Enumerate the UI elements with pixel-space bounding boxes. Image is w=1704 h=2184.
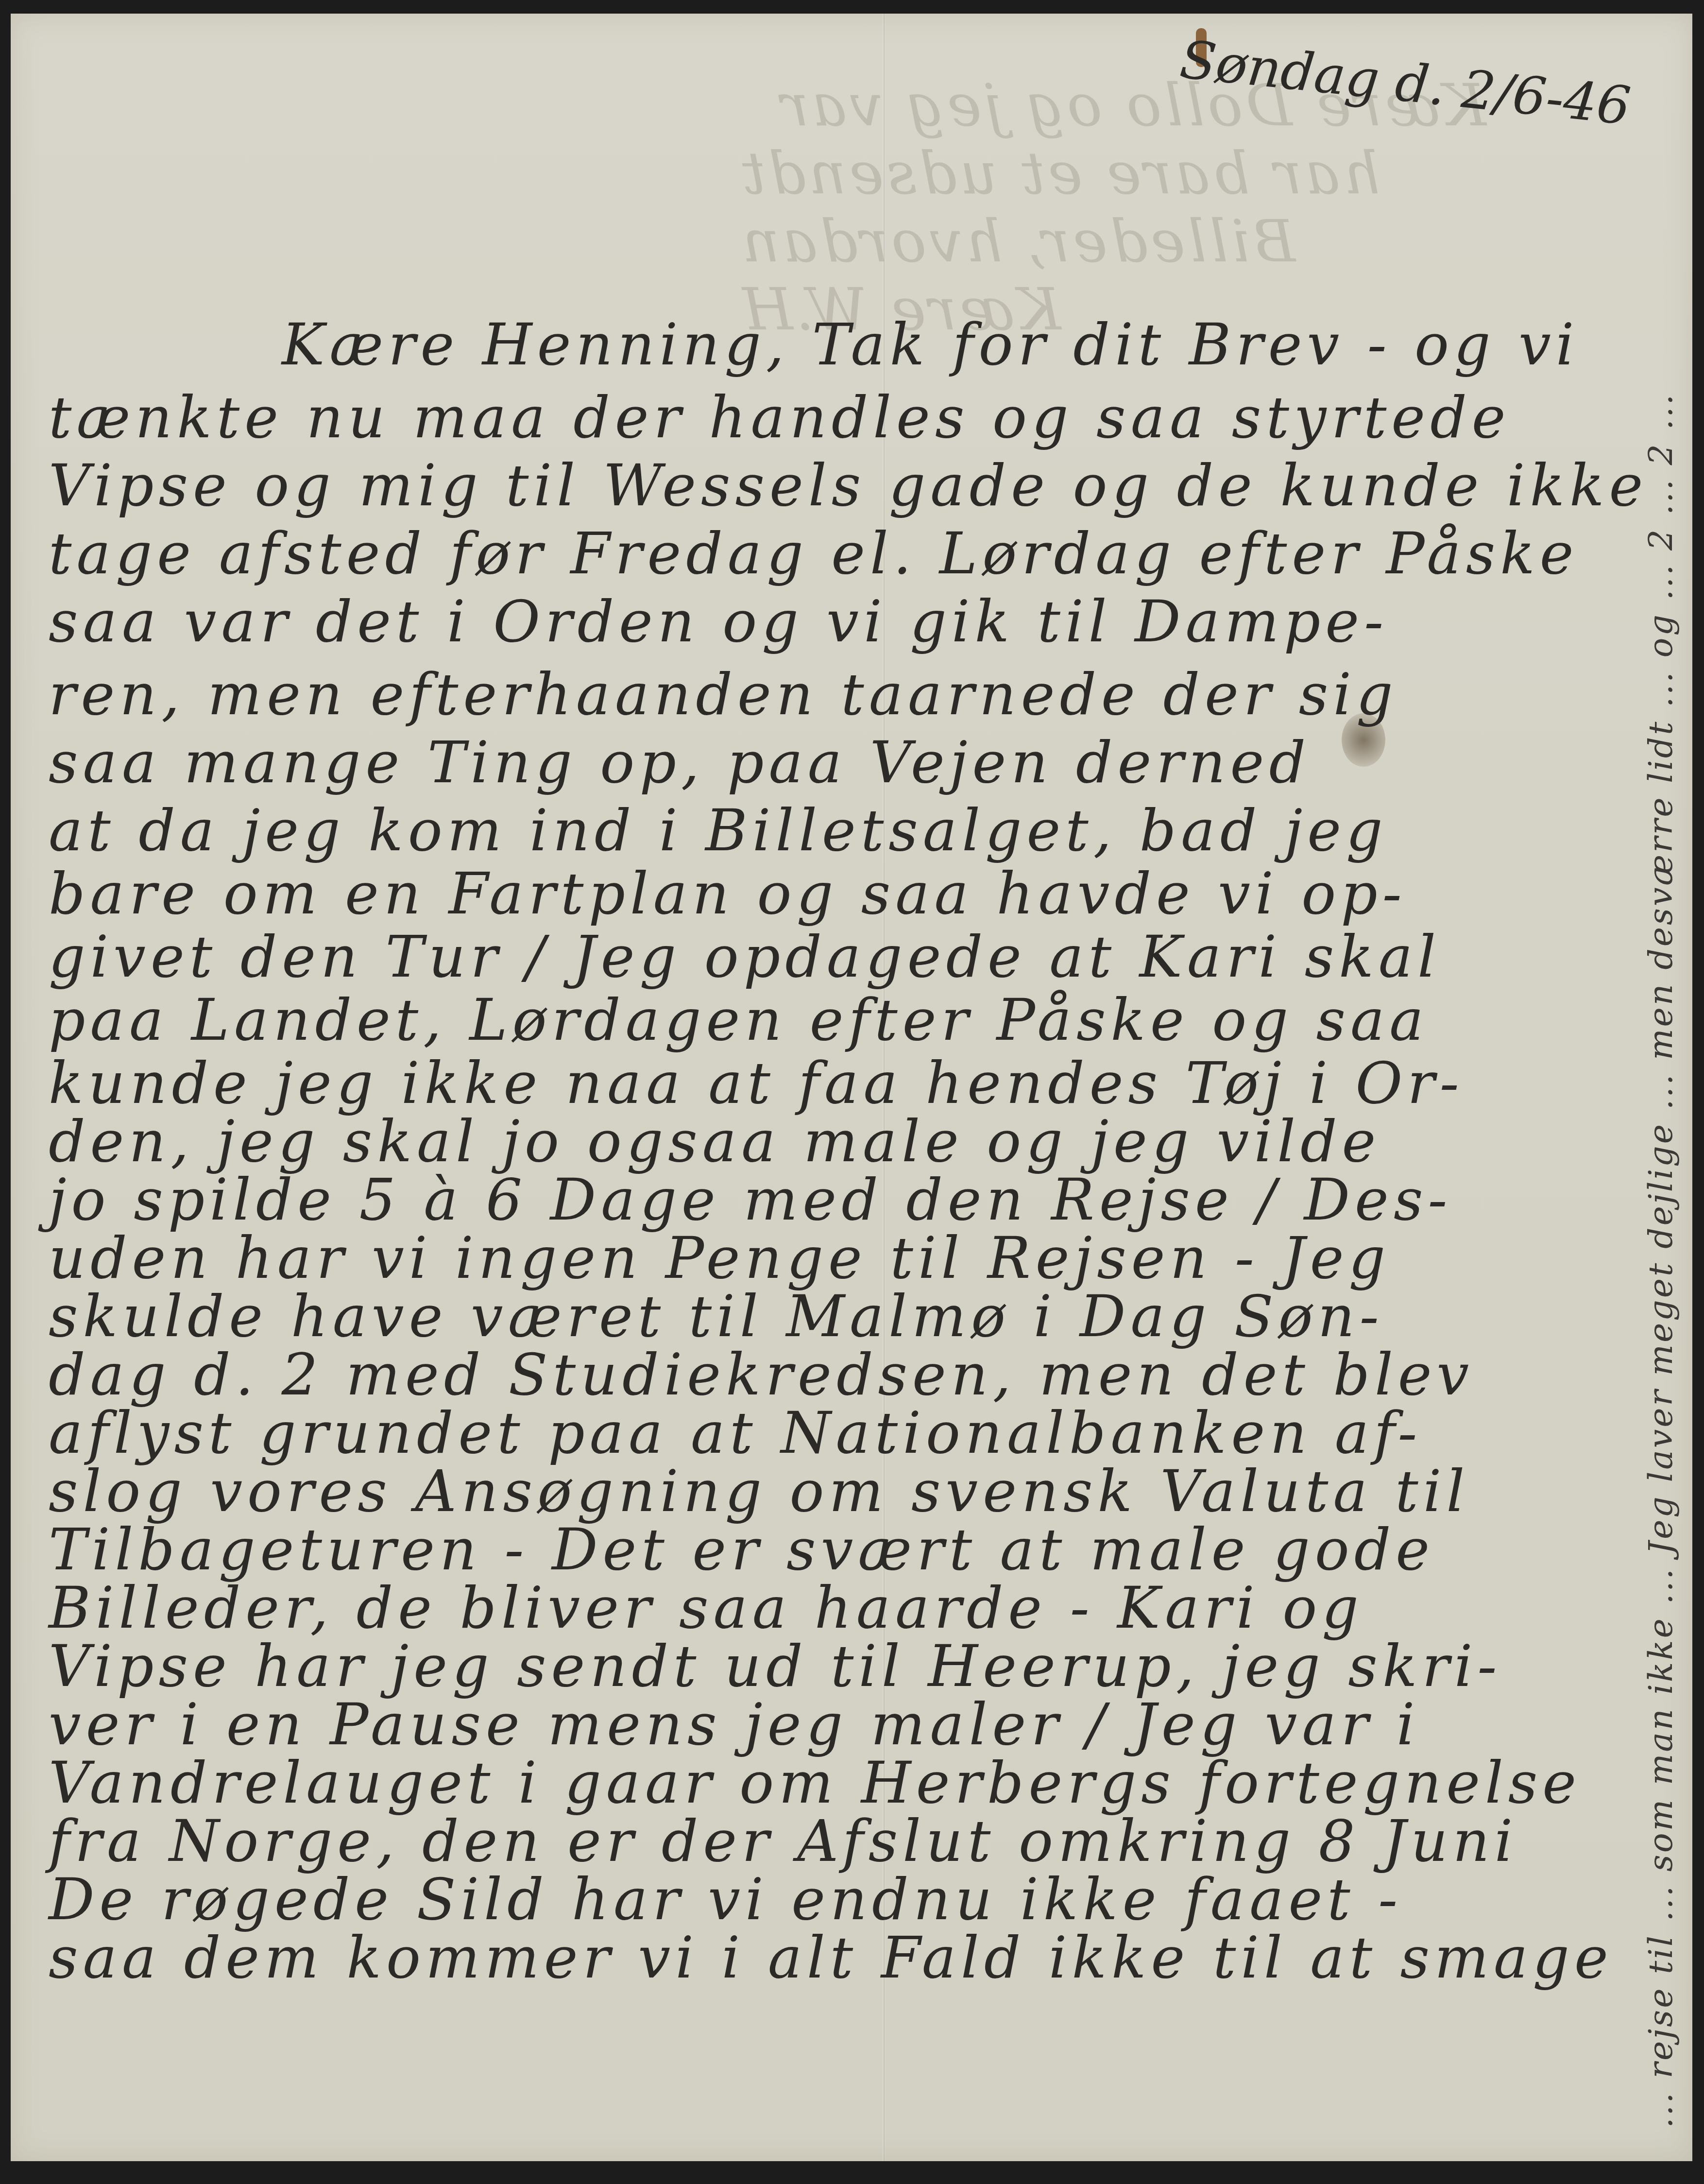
letter-line: Tilbageturen - Det er svært at male gode [49, 1516, 1434, 1583]
letter-line: saa mange Ting op, paa Vejen derned [49, 729, 1311, 796]
letter-line: ren, men efterhaanden taarnede der sig [49, 661, 1398, 728]
margin-note-vertical: ... rejse til ... som man ikke ... Jeg l… [1642, 393, 1680, 2128]
letter-line: uden har vi ingen Penge til Rejsen - Jeg [49, 1224, 1390, 1291]
letter-line: aflyst grundet paa at Nationalbanken af- [49, 1399, 1422, 1466]
letter-line: Kære Henning, Tak for dit Brev - og vi [282, 311, 1579, 378]
letter-line: jo spilde 5 à 6 Dage med den Rejse / Des… [49, 1166, 1452, 1233]
letter-line: bare om en Fartplan og saa havde vi op- [49, 860, 1407, 927]
letter-line: De røgede Sild har vi endnu ikke faaet - [49, 1866, 1402, 1933]
letter-line: Vipse og mig til Wessels gade og de kund… [49, 452, 1648, 519]
letter-line: fra Norge, den er der Afslut omkring 8 J… [49, 1807, 1517, 1874]
letter-line: tænkte nu maa der handles og saa styrted… [49, 384, 1511, 451]
bleed-through-text: har bare et udsendt [739, 140, 1380, 207]
bleed-through-text: Billeder, hvordan [739, 208, 1295, 275]
letter-line: saa var det i Orden og vi gik til Dampe- [49, 588, 1388, 655]
letter-line: at da jeg kom ind i Billetsalget, bad je… [49, 797, 1388, 864]
scan-background: Kære Dollo og jeg var har bare et udsend… [0, 0, 1704, 2184]
letter-line: saa dem kommer vi i alt Fald ikke til at… [49, 1924, 1613, 1991]
letter-line: ver i en Pause mens jeg maler / Jeg var … [49, 1691, 1419, 1758]
letter-line: Vandrelauget i gaar om Herbergs fortegne… [49, 1749, 1581, 1816]
letter-line: paa Landet, Lørdagen efter Påske og saa [49, 986, 1429, 1053]
letter-line: slog vores Ansøgning om svensk Valuta ti… [49, 1458, 1469, 1525]
letter-line: Vipse har jeg sendt ud til Heerup, jeg s… [49, 1633, 1501, 1700]
letter-line: dag d. 2 med Studiekredsen, men det blev [49, 1341, 1474, 1408]
letter-line: den, jeg skal jo ogsaa male og jeg vilde [49, 1108, 1380, 1175]
letter-line: kunde jeg ikke naa at faa hendes Tøj i O… [49, 1049, 1464, 1117]
letter-line: tage afsted før Fredag el. Lørdag efter … [49, 520, 1579, 587]
letter-line: Billeder, de bliver saa haarde - Kari og [49, 1574, 1363, 1641]
letter-line: givet den Tur / Jeg opdagede at Kari ska… [49, 923, 1441, 990]
letter-line: skulde have været til Malmø i Dag Søn- [49, 1283, 1384, 1350]
